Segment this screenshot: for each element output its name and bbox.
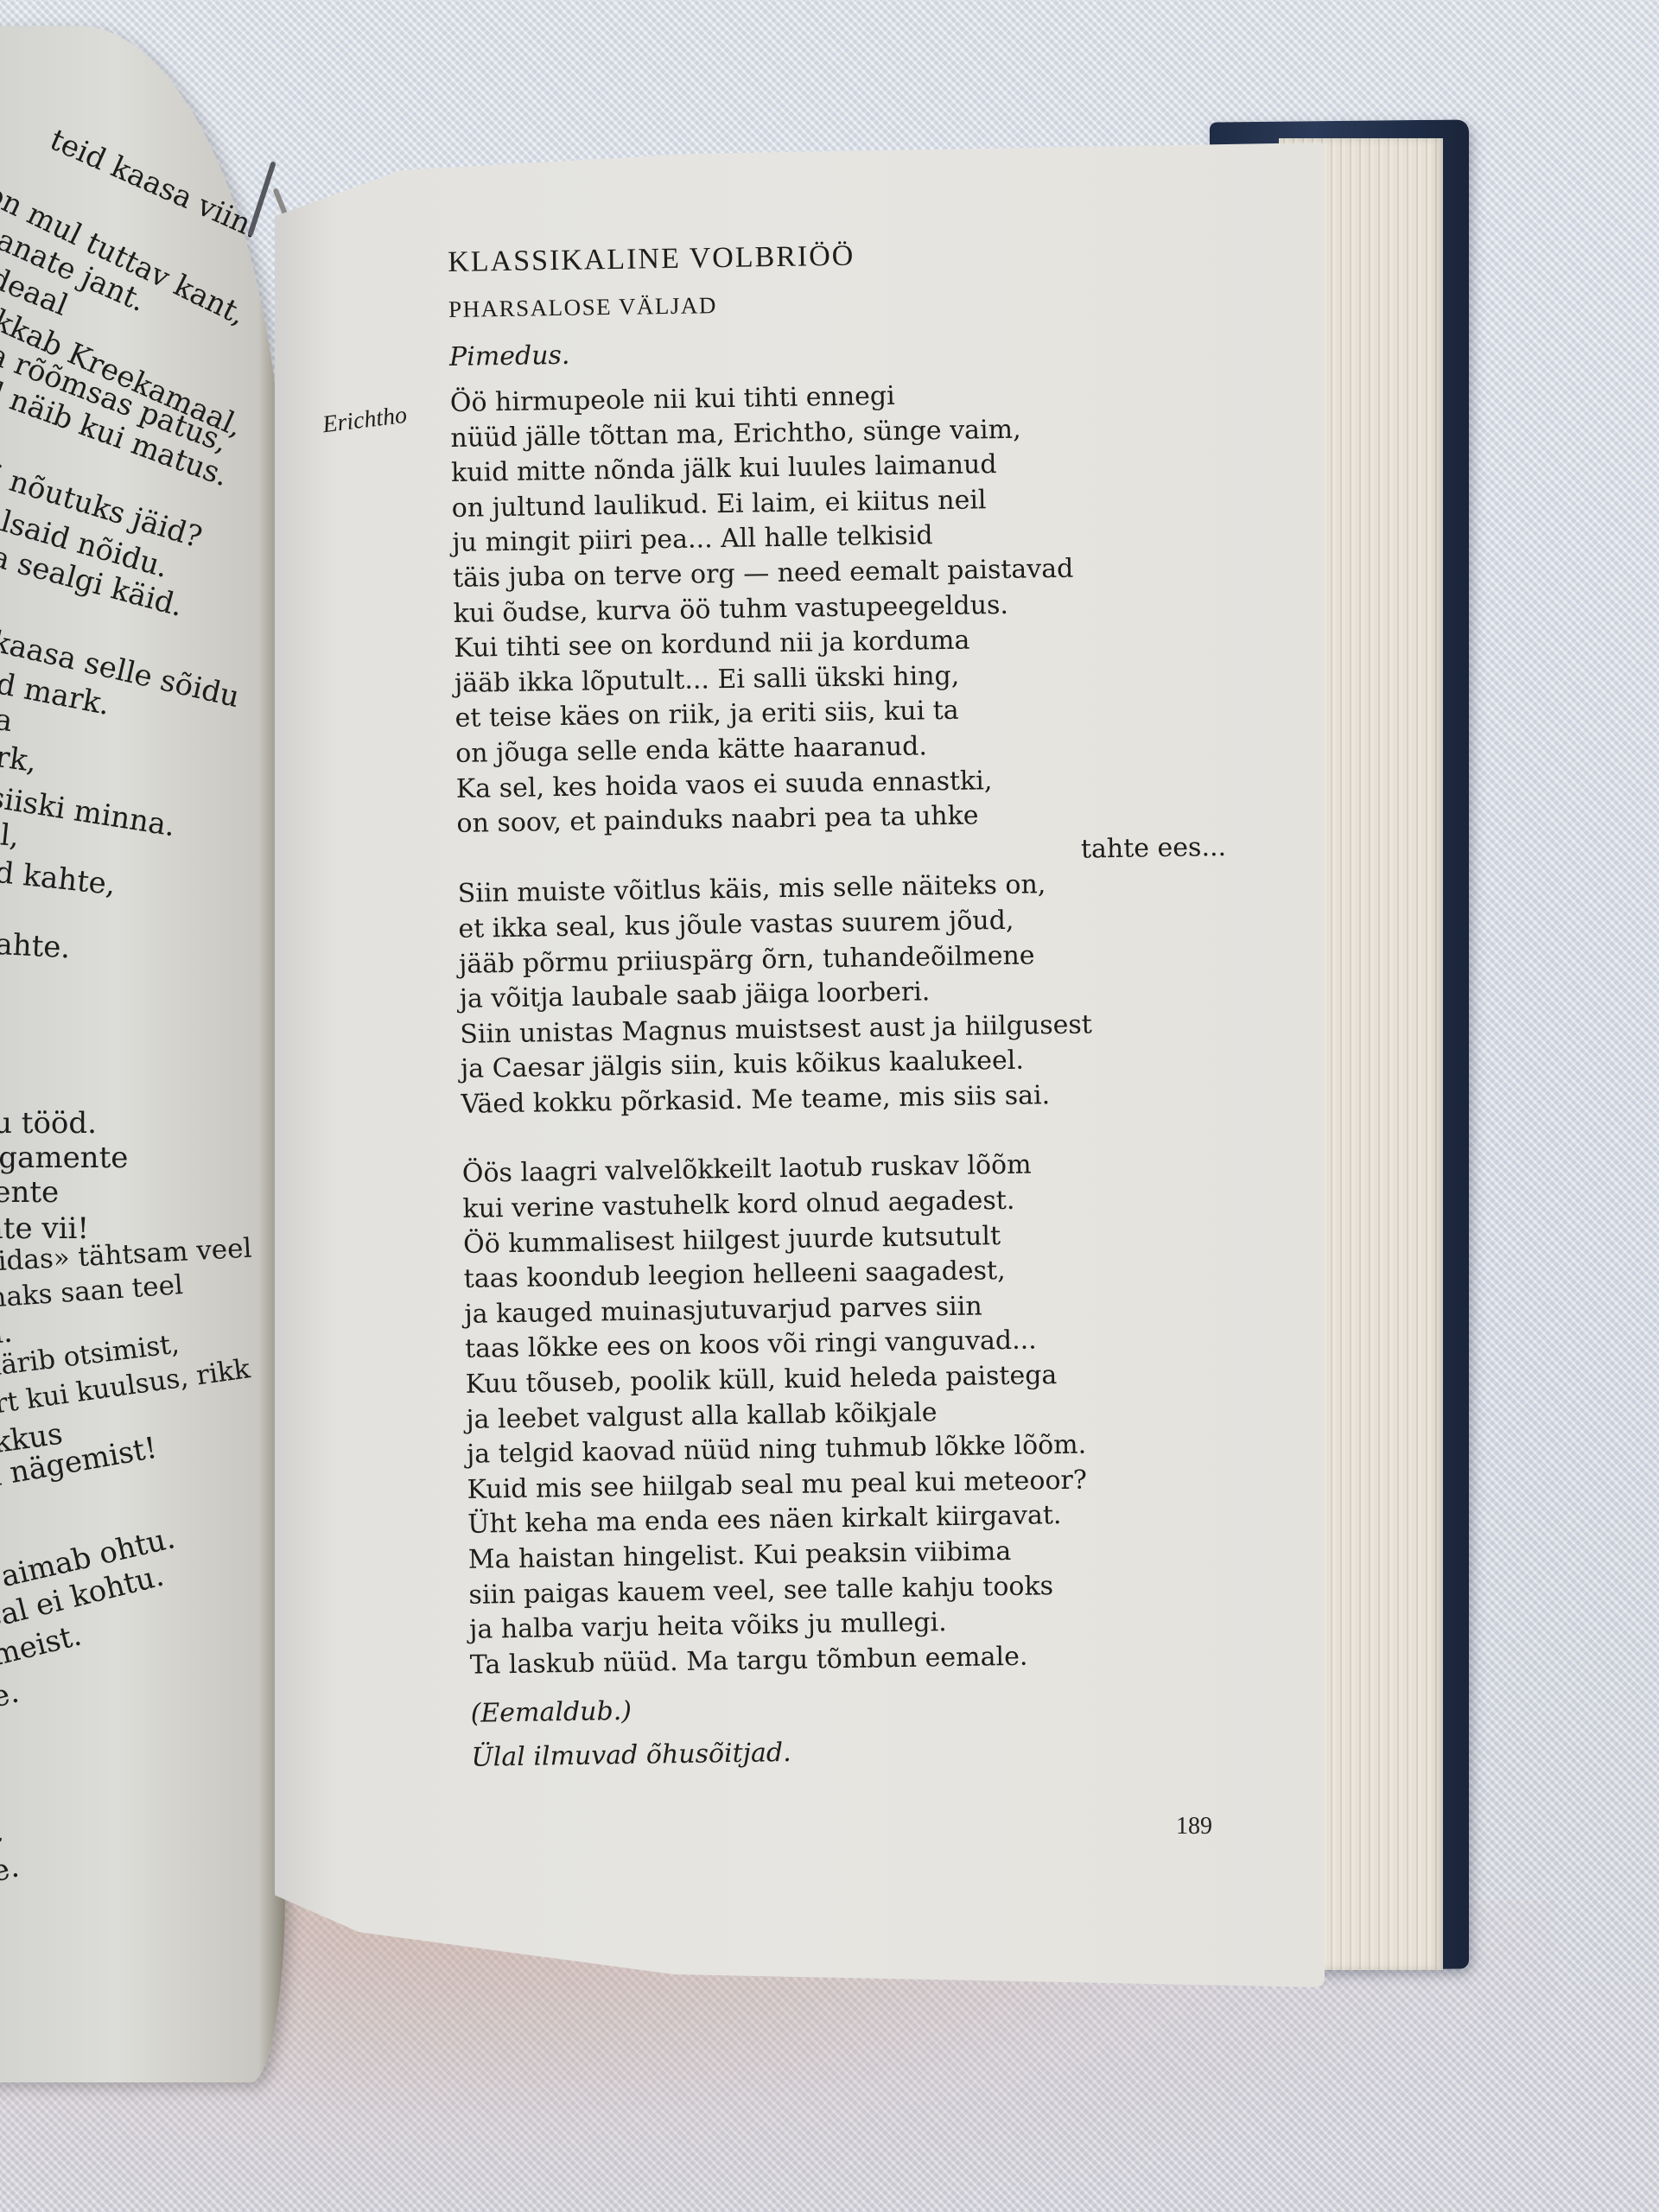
left-line: emente [0, 1175, 59, 1210]
stanza: Öös laagri valvelõkkeilt laotub ruskav l… [462, 1145, 1248, 1683]
stage-direction-aeronauts: Ülal ilmuvad õhusõitjad. [471, 1731, 1249, 1773]
left-page: teid kaasa viin. ee on mul tuttav kant, … [0, 26, 285, 2082]
speaker-name: Erichtho [321, 402, 409, 440]
left-line: teid kahte, [0, 851, 118, 902]
stanza: Öö hirmupeole nii kui tihti ennegi nüüd … [450, 374, 1236, 877]
stanza: Siin muiste võitlus käis, mis selle näit… [457, 865, 1238, 1122]
left-line: gemaks saan teel [0, 1269, 184, 1317]
section-title: KLASSIKALINE VOLBRIÖÖ [448, 234, 1225, 279]
left-line: ks siiski minna. [0, 773, 178, 843]
left-line: ame. [0, 1849, 22, 1900]
left-line: ühte vii! [0, 1211, 89, 1246]
stage-direction-exit: (Eemaldub.) [470, 1687, 1248, 1729]
page-content: KLASSIKALINE VOLBRIÖÖ PHARSALOSE VÄLJAD … [448, 234, 1249, 1787]
left-line: ikku tööd. [0, 1106, 97, 1141]
scene-title: PHARSALOSE VÄLJAD [448, 284, 1226, 323]
left-line: ame. [0, 1675, 22, 1726]
stage-direction: Pimedus. [449, 330, 1227, 372]
left-line: nulahte. [0, 925, 71, 965]
page-number: 189 [1176, 1813, 1212, 1840]
speech-block: Erichtho Öö hirmupeole nii kui tihti enn… [450, 374, 1248, 1683]
bookmark-thread [247, 161, 276, 236]
left-line: pärgamente [0, 1141, 128, 1175]
right-page: KLASSIKALINE VOLBRIÖÖ PHARSALOSE VÄLJAD … [275, 143, 1325, 1987]
left-line: i tark, [0, 733, 39, 779]
